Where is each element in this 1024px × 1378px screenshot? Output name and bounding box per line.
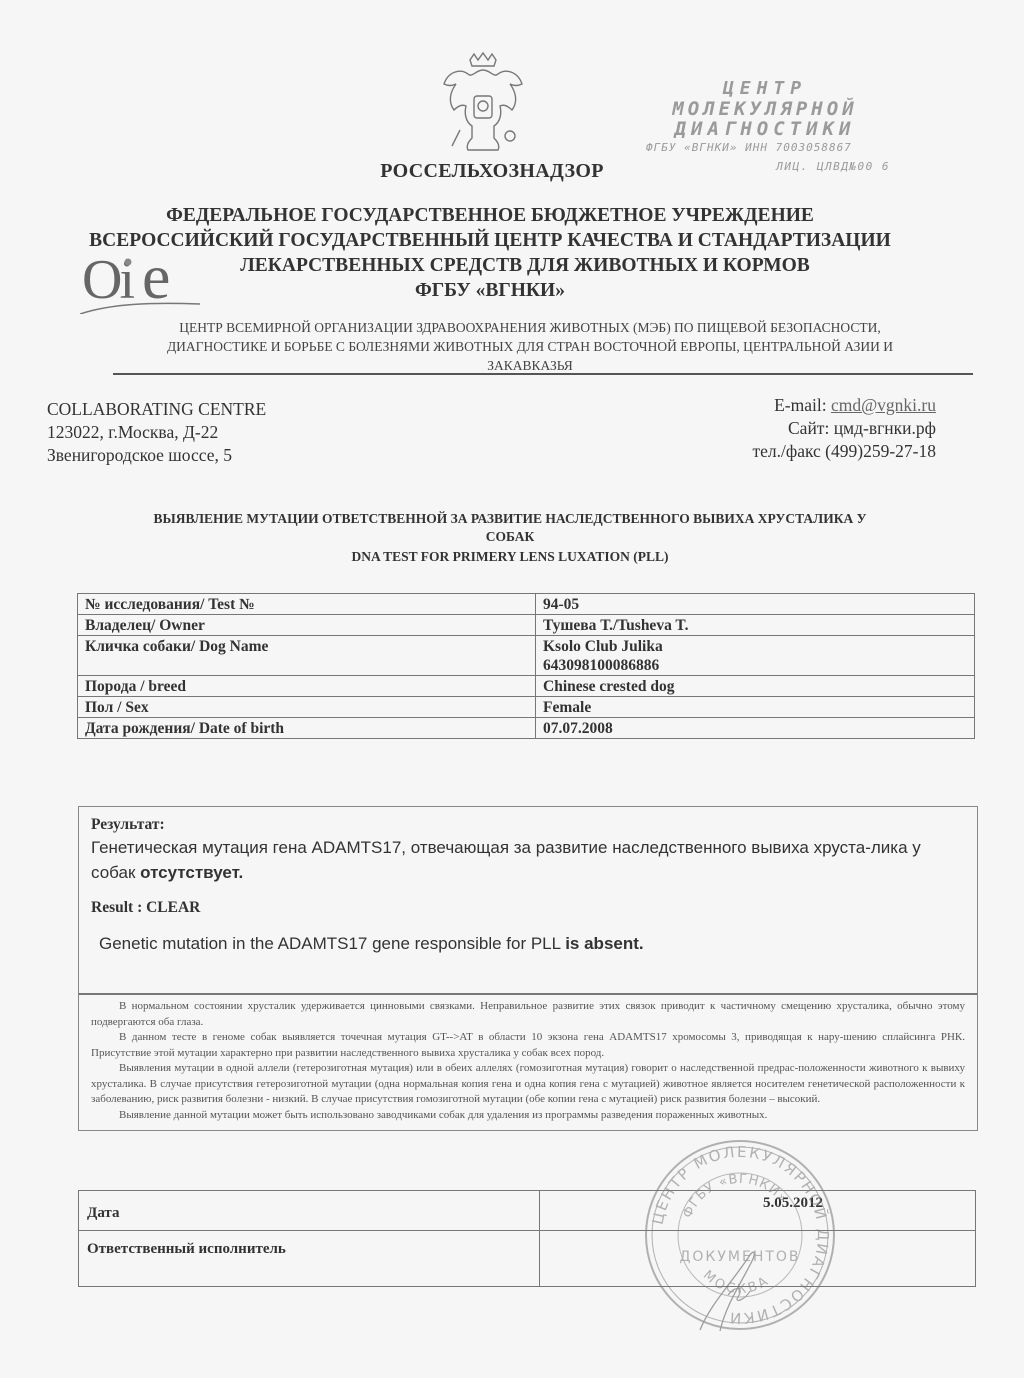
result-text-en: Genetic mutation in the ADAMTS17 gene re… — [91, 934, 965, 954]
result-text-ru: Генетическая мутация гена ADAMTS17, отве… — [91, 835, 961, 885]
title-ru-cont: СОБАК — [30, 528, 990, 546]
sub-org-line: ДИАГНОСТИКЕ И БОРЬБЕ С БОЛЕЗНЯМИ ЖИВОТНЫ… — [80, 337, 980, 356]
test-number-value: 94-05 — [536, 594, 975, 615]
dog-info-table: № исследования/ Test № 94-05 Владелец/ O… — [77, 593, 975, 739]
org-line: ВСЕРОССИЙСКИЙ ГОСУДАРСТВЕННЫЙ ЦЕНТР КАЧЕ… — [40, 228, 940, 253]
table-row: Пол / Sex Female — [78, 697, 975, 718]
note-paragraph: В данном тесте в геноме собак выявляется… — [91, 1030, 965, 1061]
executor-signature — [540, 1231, 976, 1287]
microchip-number: 643098100086886 — [543, 656, 968, 675]
owner-value: Тушева Т./Tusheva T. — [536, 615, 975, 636]
breed-label: Порода / breed — [78, 676, 536, 697]
sex-label: Пол / Sex — [78, 697, 536, 718]
table-row: Владелец/ Owner Тушева Т./Tusheva T. — [78, 615, 975, 636]
table-row: Дата рождения/ Date of birth 07.07.2008 — [78, 718, 975, 739]
stamp-line: ЦЕНТР — [640, 78, 890, 99]
email-line: E-mail: cmd@vgnki.ru — [752, 394, 936, 417]
breed-value: Chinese crested dog — [536, 676, 975, 697]
sub-org-line: ЦЕНТР ВСЕМИРНОЙ ОРГАНИЗАЦИИ ЗДРАВООХРАНЕ… — [80, 318, 980, 337]
note-paragraph: В нормальном состоянии хрусталик удержив… — [91, 999, 965, 1030]
owner-label: Владелец/ Owner — [78, 615, 536, 636]
coat-of-arms-emblem — [438, 50, 528, 160]
explanatory-notes: В нормальном состоянии хрусталик удержив… — [78, 993, 978, 1131]
title-en: DNA TEST FOR PRIMERY LENS LUXATION (PLL) — [30, 548, 990, 566]
email-link[interactable]: cmd@vgnki.ru — [831, 395, 936, 415]
dog-name-label: Кличка собаки/ Dog Name — [78, 636, 536, 676]
dob-label: Дата рождения/ Date of birth — [78, 718, 536, 739]
header-divider — [113, 373, 973, 375]
agency-name: РОССЕЛЬХОЗНАДЗОР — [372, 160, 612, 183]
result-en-body: Genetic mutation in the ADAMTS17 gene re… — [99, 934, 565, 953]
result-heading-en: Result : CLEAR — [91, 899, 965, 917]
table-row: Кличка собаки/ Dog Name Ksolo Club Julik… — [78, 636, 975, 676]
address-line: Звенигородское шоссе, 5 — [47, 444, 266, 467]
stamp-line: ЛИЦ. ЦЛВД№00 6 — [640, 160, 890, 173]
table-row: Ответственный исполнитель — [79, 1231, 976, 1287]
lab-stamp: ЦЕНТР МОЛЕКУЛЯРНОЙ ДИАГНОСТИКИ ФГБУ «ВГН… — [640, 78, 890, 173]
document-title: ВЫЯВЛЕНИЕ МУТАЦИИ ОТВЕТСТВЕННОЙ ЗА РАЗВИ… — [30, 510, 990, 566]
stamp-line: МОЛЕКУЛЯРНОЙ — [640, 99, 890, 119]
signature-table: Дата 5.05.2012 Ответственный исполнитель — [78, 1190, 976, 1287]
phone-line: тел./факс (499)259-27-18 — [752, 440, 936, 463]
result-box: Результат: Генетическая мутация гена ADA… — [78, 806, 978, 993]
dog-name: Ksolo Club Julika — [543, 637, 968, 656]
date-label: Дата — [79, 1191, 540, 1231]
result-heading-ru: Результат: — [91, 815, 965, 835]
table-row: № исследования/ Test № 94-05 — [78, 594, 975, 615]
website-line: Сайт: цмд-вгнки.рф — [752, 417, 936, 440]
address-line: COLLABORATING CENTRE — [47, 398, 266, 421]
contact-block: E-mail: cmd@vgnki.ru Сайт: цмд-вгнки.рф … — [752, 394, 936, 463]
executor-label: Ответственный исполнитель — [79, 1231, 540, 1287]
dob-value: 07.07.2008 — [536, 718, 975, 739]
test-number-label: № исследования/ Test № — [78, 594, 536, 615]
stamp-line: ДИАГНОСТИКИ — [640, 119, 890, 139]
address-block: COLLABORATING CENTRE 123022, г.Москва, Д… — [47, 398, 266, 467]
result-en-verdict: is absent. — [565, 934, 643, 953]
stamp-line: ФГБУ «ВГНКИ» ИНН 7003058867 — [640, 141, 890, 154]
title-ru: ВЫЯВЛЕНИЕ МУТАЦИИ ОТВЕТСТВЕННОЙ ЗА РАЗВИ… — [30, 510, 990, 528]
note-paragraph: Выявление данной мутации может быть испо… — [91, 1108, 965, 1124]
dog-name-value: Ksolo Club Julika 643098100086886 — [536, 636, 975, 676]
oie-logo: Oi e — [80, 252, 200, 314]
note-paragraph: Выявления мутации в одной аллели (гетеро… — [91, 1061, 965, 1108]
address-line: 123022, г.Москва, Д-22 — [47, 421, 266, 444]
date-value: 5.05.2012 — [540, 1191, 976, 1231]
result-ru-verdict: отсутствует. — [140, 863, 243, 882]
table-row: Порода / breed Chinese crested dog — [78, 676, 975, 697]
org-line: ФЕДЕРАЛЬНОЕ ГОСУДАРСТВЕННОЕ БЮДЖЕТНОЕ УЧ… — [40, 203, 940, 228]
table-row: Дата 5.05.2012 — [79, 1191, 976, 1231]
oie-centre-description: ЦЕНТР ВСЕМИРНОЙ ОРГАНИЗАЦИИ ЗДРАВООХРАНЕ… — [80, 318, 980, 375]
email-label: E-mail: — [774, 395, 831, 415]
sex-value: Female — [536, 697, 975, 718]
